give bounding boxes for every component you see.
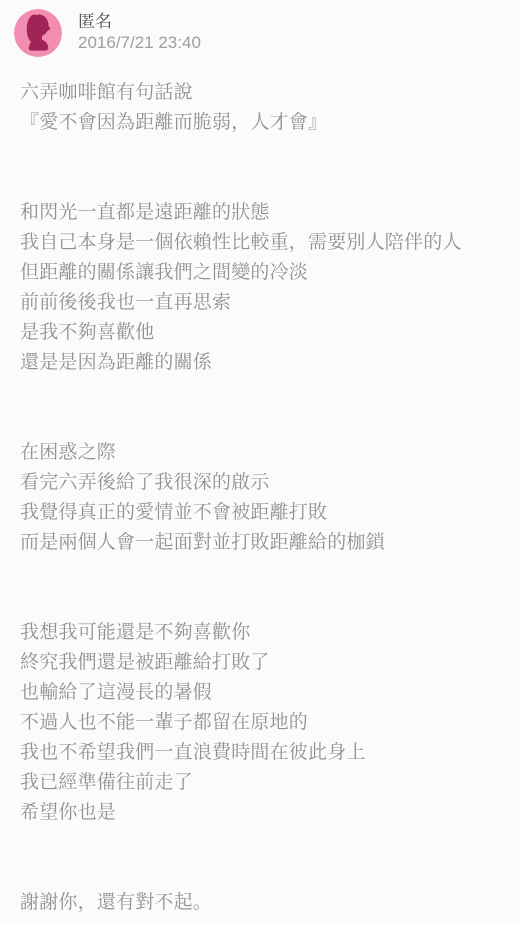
post-paragraph: 我想我可能還是不夠喜歡你終究我們還是被距離給打敗了也輸給了這漫長的暑假不過人也不…: [20, 618, 500, 828]
post-line: 六弄咖啡館有句話說: [20, 78, 500, 108]
post-paragraph: 和閃光一直都是遠距離的狀態我自己本身是一個依賴性比較重，需要別人陪伴的人但距離的…: [20, 198, 500, 378]
post-paragraph: 在困惑之際看完六弄後給了我很深的啟示我覺得真正的愛情並不會被距離打敗而是兩個人會…: [20, 438, 500, 558]
post-line: 我想我可能還是不夠喜歡你: [20, 618, 500, 648]
post-line: 看完六弄後給了我很深的啟示: [20, 468, 500, 498]
post-line: 和閃光一直都是遠距離的狀態: [20, 198, 500, 228]
post-content: 六弄咖啡館有句話說『愛不會因為距離而脆弱，人才會』和閃光一直都是遠距離的狀態我自…: [0, 57, 520, 918]
post-line: 終究我們還是被距離給打敗了: [20, 648, 500, 678]
post-paragraph: 六弄咖啡館有句話說『愛不會因為距離而脆弱，人才會』: [20, 78, 500, 138]
post-line: 不過人也不能一輩子都留在原地的: [20, 708, 500, 738]
post-line: 但距離的關係讓我們之間變的冷淡: [20, 258, 500, 288]
post-line: 『愛不會因為距離而脆弱，人才會』: [20, 108, 500, 138]
anonymous-female-avatar-icon: [14, 9, 62, 57]
post-line: 在困惑之際: [20, 438, 500, 468]
post-timestamp: 2016/7/21 23:40: [78, 32, 201, 53]
avatar[interactable]: [14, 9, 62, 57]
post-line: 也輸給了這漫長的暑假: [20, 678, 500, 708]
post-line: 前前後後我也一直再思索: [20, 288, 500, 318]
post-line: 是我不夠喜歡他: [20, 318, 500, 348]
post-header: 匿名 2016/7/21 23:40: [0, 0, 520, 57]
post-paragraph: 謝謝你，還有對不起。: [20, 888, 500, 918]
post-line: 還是是因為距離的關係: [20, 348, 500, 378]
post-line: 謝謝你，還有對不起。: [20, 888, 500, 918]
post-line: 希望你也是: [20, 798, 500, 828]
post-line: 我已經準備往前走了: [20, 768, 500, 798]
post-line: 我也不希望我們一直浪費時間在彼此身上: [20, 738, 500, 768]
post-line: 我自己本身是一個依賴性比較重，需要別人陪伴的人: [20, 228, 500, 258]
author-name: 匿名: [78, 11, 201, 32]
post-line: 我覺得真正的愛情並不會被距離打敗: [20, 498, 500, 528]
post-line: 而是兩個人會一起面對並打敗距離給的枷鎖: [20, 528, 500, 558]
post-card: 匿名 2016/7/21 23:40 六弄咖啡館有句話說『愛不會因為距離而脆弱，…: [0, 0, 520, 925]
post-meta: 匿名 2016/7/21 23:40: [78, 9, 201, 53]
